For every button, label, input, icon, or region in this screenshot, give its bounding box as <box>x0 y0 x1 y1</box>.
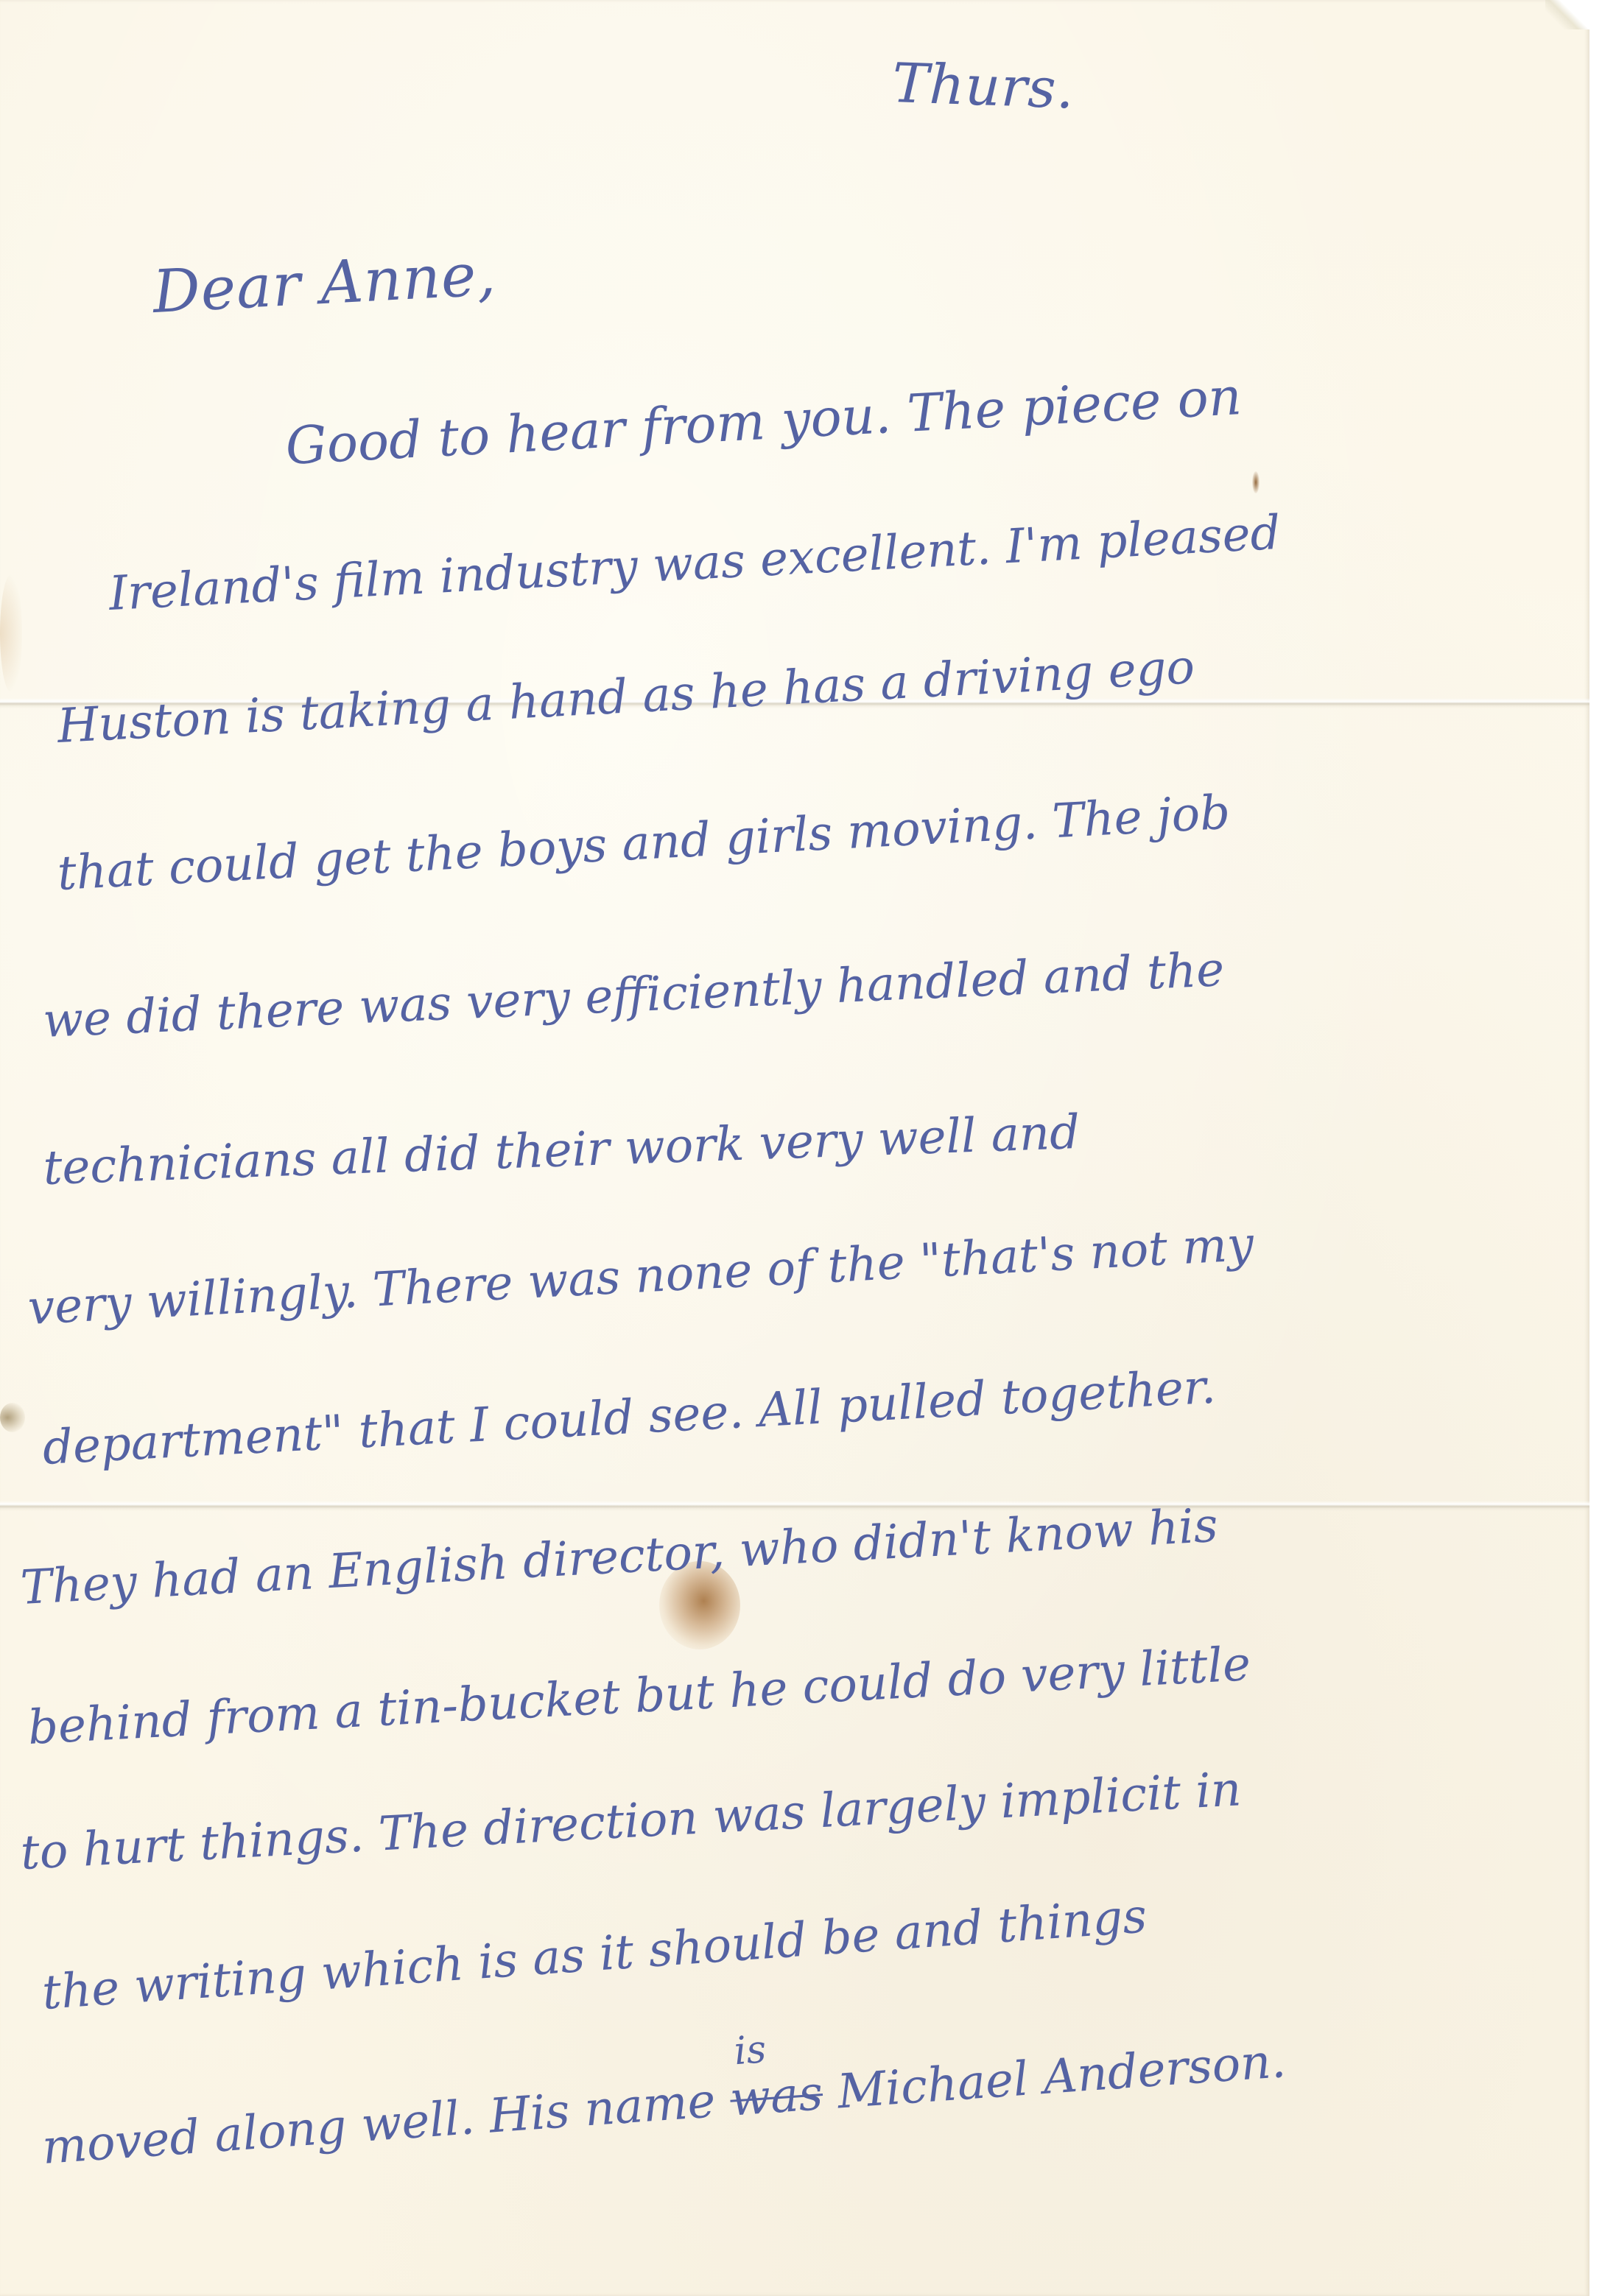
body-line: They had an English director, who didn't… <box>19 1499 1219 1616</box>
body-line: Ireland's film industry was excellent. I… <box>108 506 1282 621</box>
inserted-word: is <box>733 2027 767 2074</box>
body-line: technicians all did their work very well… <box>42 1105 1081 1196</box>
body-line: we did there was very efficiently handle… <box>42 943 1226 1049</box>
body-line: the writing which is as it should be and… <box>41 1889 1149 2021</box>
discoloration <box>0 574 22 692</box>
correction: was is <box>728 2066 825 2127</box>
body-line: that could get the boys and girls moving… <box>56 786 1232 901</box>
body-line: behind from a tin-bucket but he could do… <box>27 1637 1252 1756</box>
letter-paper: Thurs. Dear Anne, Good to hear from you.… <box>0 0 1589 2296</box>
body-line: Good to hear from you. The piece on <box>284 366 1243 476</box>
last-line-end: Michael Anderson. <box>836 2034 1287 2119</box>
body-line: very willingly. There was none of the "t… <box>27 1217 1255 1336</box>
letter-date: Thurs. <box>891 52 1075 122</box>
body-line: Huston is taking a hand as he has a driv… <box>56 640 1196 754</box>
edge-mark <box>0 1403 25 1432</box>
last-line-start: moved along well. His name <box>41 2074 717 2175</box>
struck-word: was <box>728 2066 825 2127</box>
body-last-line: moved along well. His name was is Michae… <box>41 2034 1287 2175</box>
fold-crease-lower <box>0 1501 1589 1511</box>
ink-speck <box>1252 471 1260 493</box>
body-line: to hurt things. The direction was largel… <box>19 1762 1243 1881</box>
body-line: department" that I could see. All pulled… <box>41 1360 1217 1476</box>
salutation: Dear Anne, <box>151 240 498 326</box>
